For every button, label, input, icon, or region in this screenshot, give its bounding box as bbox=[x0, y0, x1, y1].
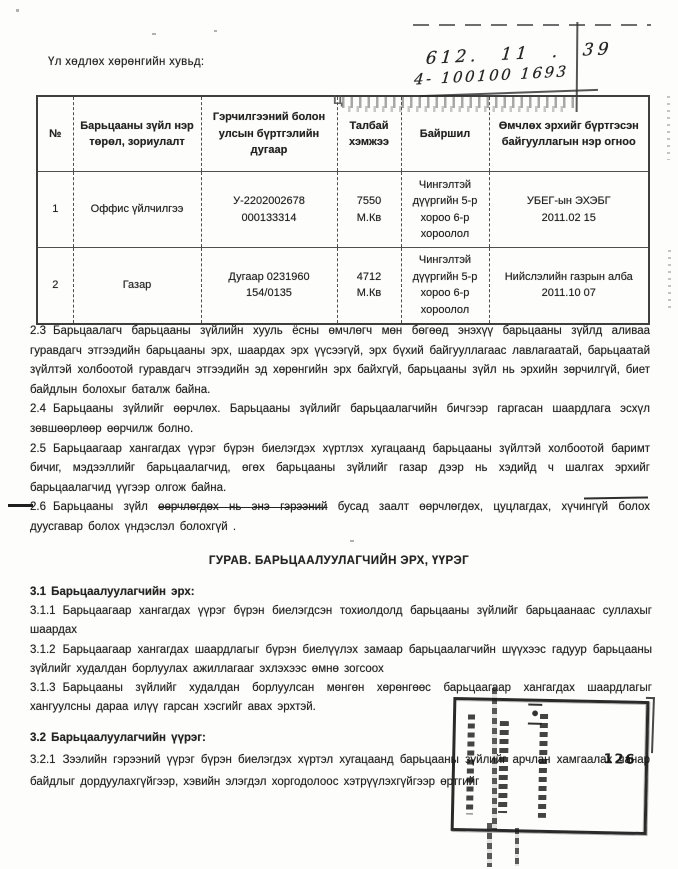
clause-2-5: 2.5Барьцаагаар хангагдах үүрэг бүрэн бие… bbox=[30, 440, 650, 499]
pledgor-rights-block: 3.1 Барьцаалуулагчийн эрх: 3.1.1Барьцааг… bbox=[30, 583, 652, 717]
cell-area: 4712 М.Кв bbox=[337, 248, 401, 324]
clause-2-6: 2.6Барьцааны зүйл өөрчлөгдөх нь энэ гэрэ… bbox=[30, 498, 650, 537]
ink-speck bbox=[152, 33, 156, 35]
cell-registrar: Нийслэлийн газрын алба 2011.10 07 bbox=[489, 248, 649, 324]
clause-3-1-2: 3.1.2Барьцаагаар хангагдах шаардлагыг бү… bbox=[30, 641, 652, 679]
clause-number: 3.1.1 bbox=[30, 605, 56, 617]
clause-3-1-1: 3.1.1Барьцаагаар хангагдах үүрэг бүрэн б… bbox=[30, 602, 652, 640]
cell-location: Чингэлтэй дүүргийн 5-р хороо 6-р хорооло… bbox=[401, 248, 489, 324]
section-three-heading: ГУРАВ. БАРЬЦААЛУУЛАГЧИЙН ЭРХ, ҮҮРЭГ bbox=[0, 555, 678, 567]
handwritten-note: 612. 11 . 39 4- 100100 1693 bbox=[423, 39, 613, 88]
stamp-page-number: 126 bbox=[603, 751, 636, 768]
clause-number: 2.3 bbox=[30, 325, 46, 337]
ink-speck bbox=[16, 9, 19, 12]
faded-stamp-border-top bbox=[413, 24, 651, 26]
cell-no: 2 bbox=[37, 248, 73, 324]
clause-text: Барьцаагаар хангагдах үүрэг бүрэн биелэг… bbox=[30, 605, 652, 636]
clause-number: 2.5 bbox=[30, 443, 46, 455]
ink-speck bbox=[214, 30, 217, 32]
clause-text: Барьцаалагч барьцааны зүйлийн хууль ёсны… bbox=[30, 325, 650, 396]
scan-edge-noise bbox=[668, 250, 671, 308]
header-item-name: Барьцааны зүйл нэр төрөл, зориулалт bbox=[73, 96, 201, 172]
cell-registration: Дугаар 0231960 154/0135 bbox=[201, 248, 337, 324]
cell-registrar: УБЕГ-ын ЭХЭБГ 2011.02 15 bbox=[489, 172, 649, 248]
cell-registration: У-2202002678 000133314 bbox=[201, 172, 337, 248]
clause-number: 3.1.3 bbox=[30, 682, 56, 694]
ink-speck bbox=[350, 540, 354, 542]
notary-stamp: 126 bbox=[451, 697, 650, 835]
header-registration: Гэрчилгээний болон улсын бүртгэлийн дуга… bbox=[201, 96, 337, 172]
pledgor-rights-heading: 3.1 Барьцаалуулагчийн эрх: bbox=[30, 583, 652, 602]
clause-number: 2.6 bbox=[30, 501, 46, 513]
clause-text-struck: өөрчлөгдөх нь энэ гэрээний bbox=[158, 501, 327, 513]
clause-text: Барьцааны зүйлийг өөрчлөх. Барьцааны зүй… bbox=[30, 403, 650, 435]
vertical-script-mark bbox=[538, 714, 548, 818]
property-type-label: Үл хөдлөх хөрөнгийн хувьд: bbox=[48, 56, 204, 68]
clause-number: 3.1.2 bbox=[30, 644, 56, 656]
scan-edge-noise bbox=[667, 96, 670, 160]
cell-item-name: Оффис үйлчилгээ bbox=[73, 172, 201, 248]
header-no: № bbox=[37, 96, 73, 172]
vertical-script-mark bbox=[466, 714, 475, 814]
table-row: 1 Оффис үйлчилгээ У-2202002678 000133314… bbox=[37, 172, 649, 248]
cell-item-name: Газар bbox=[73, 248, 201, 324]
table-row: 2 Газар Дугаар 0231960 154/0135 4712 М.К… bbox=[37, 248, 649, 324]
clause-2-4: 2.4Барьцааны зүйлийг өөрчлөх. Барьцааны … bbox=[30, 400, 650, 439]
ink-streak bbox=[515, 828, 519, 866]
clause-2-3: 2.3Барьцаалагч барьцааны зүйлийн хууль ё… bbox=[30, 322, 650, 400]
clause-number: 3.2.1 bbox=[30, 754, 56, 766]
clause-number: 2.4 bbox=[30, 403, 46, 415]
clause-text-pre: Барьцааны зүйл bbox=[53, 501, 158, 513]
collateral-table: № Барьцааны зүйл нэр төрөл, зориулалт Гэ… bbox=[36, 95, 650, 325]
section-two-clauses: 2.3Барьцаалагч барьцааны зүйлийн хууль ё… bbox=[30, 322, 650, 538]
scanned-contract-page: Ц 612. 11 . 39 4- 100100 1693 Үл хөдлөх … bbox=[0, 0, 678, 869]
cell-no: 1 bbox=[37, 172, 73, 248]
registry-stamp-residue bbox=[348, 106, 568, 112]
vertical-script-mark bbox=[498, 721, 509, 813]
cell-location: Чингэлтэй дүүргийн 5-р хороо 6-р хорооло… bbox=[401, 172, 489, 248]
clause-text: Барьцаагаар хангагдах шаардлагыг бүрэн б… bbox=[30, 644, 652, 675]
clause-text: Барьцаагаар хангагдах үүрэг бүрэн биелэг… bbox=[30, 443, 650, 494]
registry-stamp-letter: Ц bbox=[333, 92, 343, 107]
cell-area: 7550 М.Кв bbox=[337, 172, 401, 248]
